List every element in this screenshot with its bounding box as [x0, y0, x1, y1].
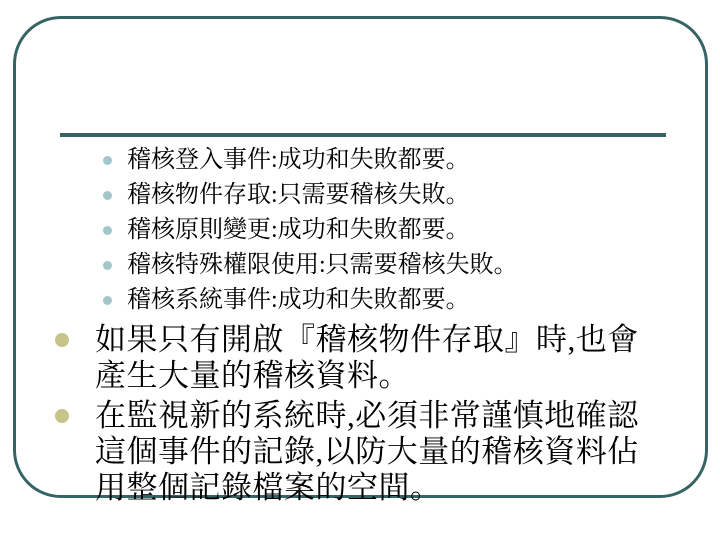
slide: 稽核登入事件:成功和失敗都要。 稽核物件存取:只需要稽核失敗。 稽核原則變更:成… [0, 0, 720, 540]
sub-bullet-text: 稽核系統事件:成功和失敗都要。 [127, 287, 470, 313]
sub-bullet-text: 稽核原則變更:成功和失敗都要。 [127, 217, 470, 243]
sub-bullet-text: 稽核物件存取:只需要稽核失敗。 [127, 182, 470, 208]
sub-bullet-list: 稽核登入事件:成功和失敗都要。 稽核物件存取:只需要稽核失敗。 稽核原則變更:成… [95, 143, 665, 318]
main-bullet-text: 在監視新的系統時,必須非常謹慎地確認這個事件的記錄,以防大量的稽核資料佔用整個記… [95, 398, 639, 505]
sub-bullet-item: 稽核登入事件:成功和失敗都要。 [95, 143, 665, 178]
sub-bullet-item: 稽核系統事件:成功和失敗都要。 [95, 283, 665, 318]
sub-bullet-item: 稽核物件存取:只需要稽核失敗。 [95, 178, 665, 213]
main-bullet-item: 如果只有開啟『稽核物件存取』時,也會產生大量的稽核資料。 [52, 322, 666, 394]
main-bullet-list: 如果只有開啟『稽核物件存取』時,也會產生大量的稽核資料。 在監視新的系統時,必須… [52, 322, 666, 510]
sub-bullet-item: 稽核特殊權限使用:只需要稽核失敗。 [95, 248, 665, 283]
main-bullet-icon [55, 409, 69, 423]
sub-bullet-icon [103, 296, 112, 305]
main-bullet-text: 如果只有開啟『稽核物件存取』時,也會產生大量的稽核資料。 [95, 322, 639, 393]
title-divider [60, 133, 666, 137]
sub-bullet-text: 稽核登入事件:成功和失敗都要。 [127, 147, 470, 173]
sub-bullet-icon [103, 191, 112, 200]
sub-bullet-item: 稽核原則變更:成功和失敗都要。 [95, 213, 665, 248]
main-bullet-icon [55, 333, 69, 347]
sub-bullet-icon [103, 156, 112, 165]
sub-bullet-icon [103, 261, 112, 270]
sub-bullet-icon [103, 226, 112, 235]
main-bullet-item: 在監視新的系統時,必須非常謹慎地確認這個事件的記錄,以防大量的稽核資料佔用整個記… [52, 398, 666, 506]
sub-bullet-text: 稽核特殊權限使用:只需要稽核失敗。 [127, 252, 518, 278]
